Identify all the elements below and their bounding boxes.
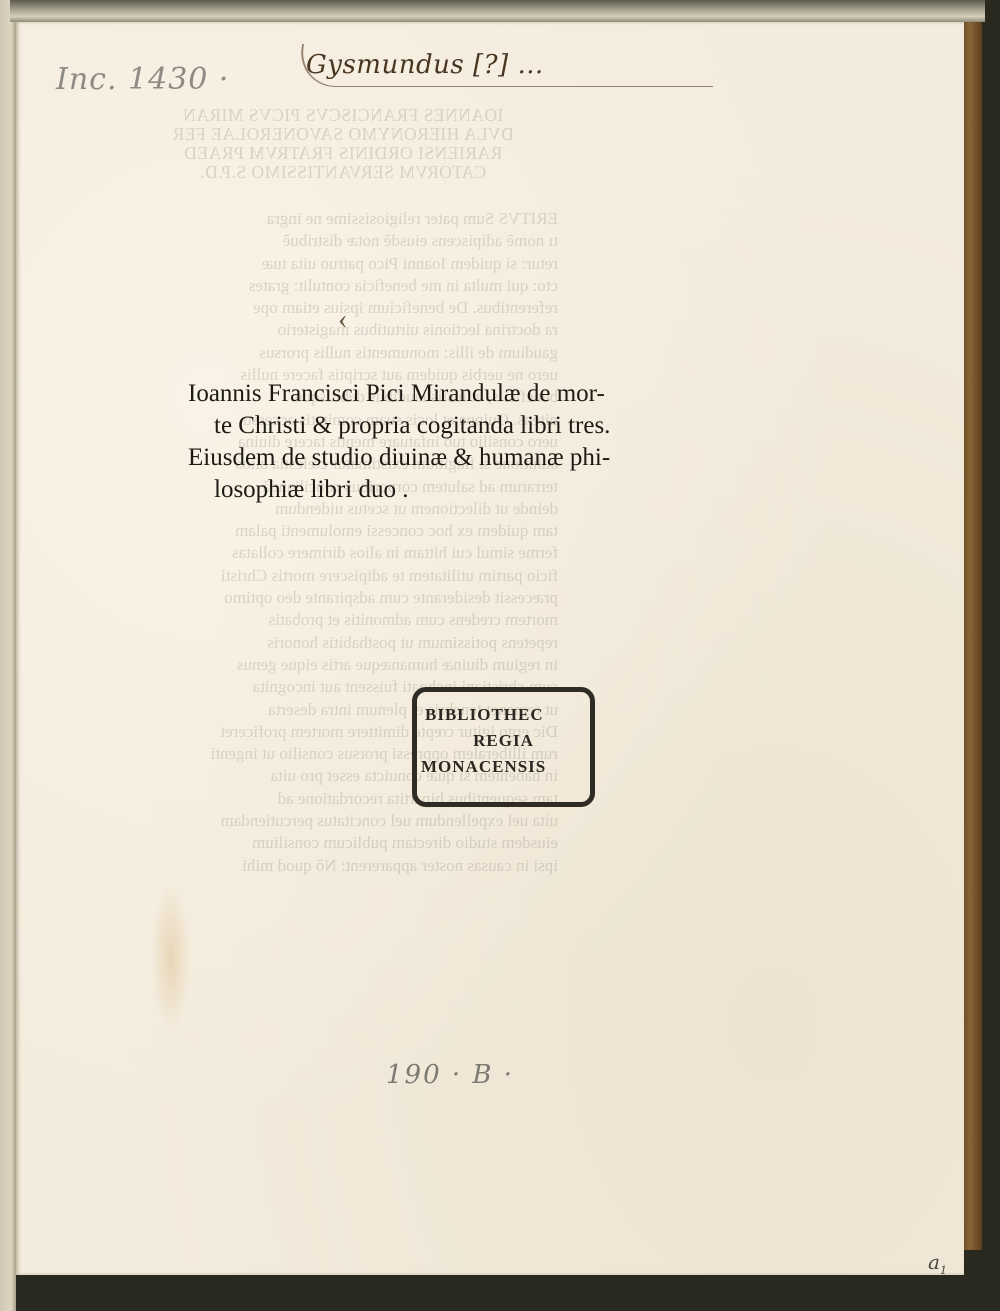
showthrough-heading: IOANNES FRANCISCVS PICVS MIRAN DVLA HIER… (128, 106, 558, 182)
printed-title: Ioannis Francisci Pici Mirandulæ de mor-… (188, 378, 658, 506)
library-stamp: BIBLIOTHEC REGIA MONACENSIS (412, 687, 595, 807)
stamp-line-3: MONACENSIS (417, 754, 590, 780)
handwritten-owner-note: Gysmundus [?] … (306, 50, 544, 80)
title-line-1: Ioannis Francisci Pici Mirandulæ de mor- (188, 378, 658, 410)
stamp-line-2: REGIA (417, 728, 590, 754)
title-line-3: Eiusdem de studio diuinæ & humanæ phi- (188, 442, 658, 474)
signature-mark: a1 (928, 1250, 947, 1277)
foxing-stain (151, 882, 191, 1032)
handwritten-shelfmark: Inc. 1430 · (56, 62, 229, 97)
handwritten-number: 190 · B · (386, 1060, 514, 1090)
stamp-line-1: BIBLIOTHEC (417, 702, 590, 728)
page-top-edge (10, 0, 985, 22)
title-line-4: losophiæ libri duo . (188, 474, 658, 506)
binding-right-edge (962, 0, 982, 1250)
ink-mark: ‹ (338, 304, 347, 336)
title-line-2: te Christi & propria cogitanda libri tre… (188, 410, 658, 442)
document-page: IOANNES FRANCISCVS PICVS MIRAN DVLA HIER… (16, 22, 964, 1275)
binding-left-edge (0, 0, 16, 1311)
